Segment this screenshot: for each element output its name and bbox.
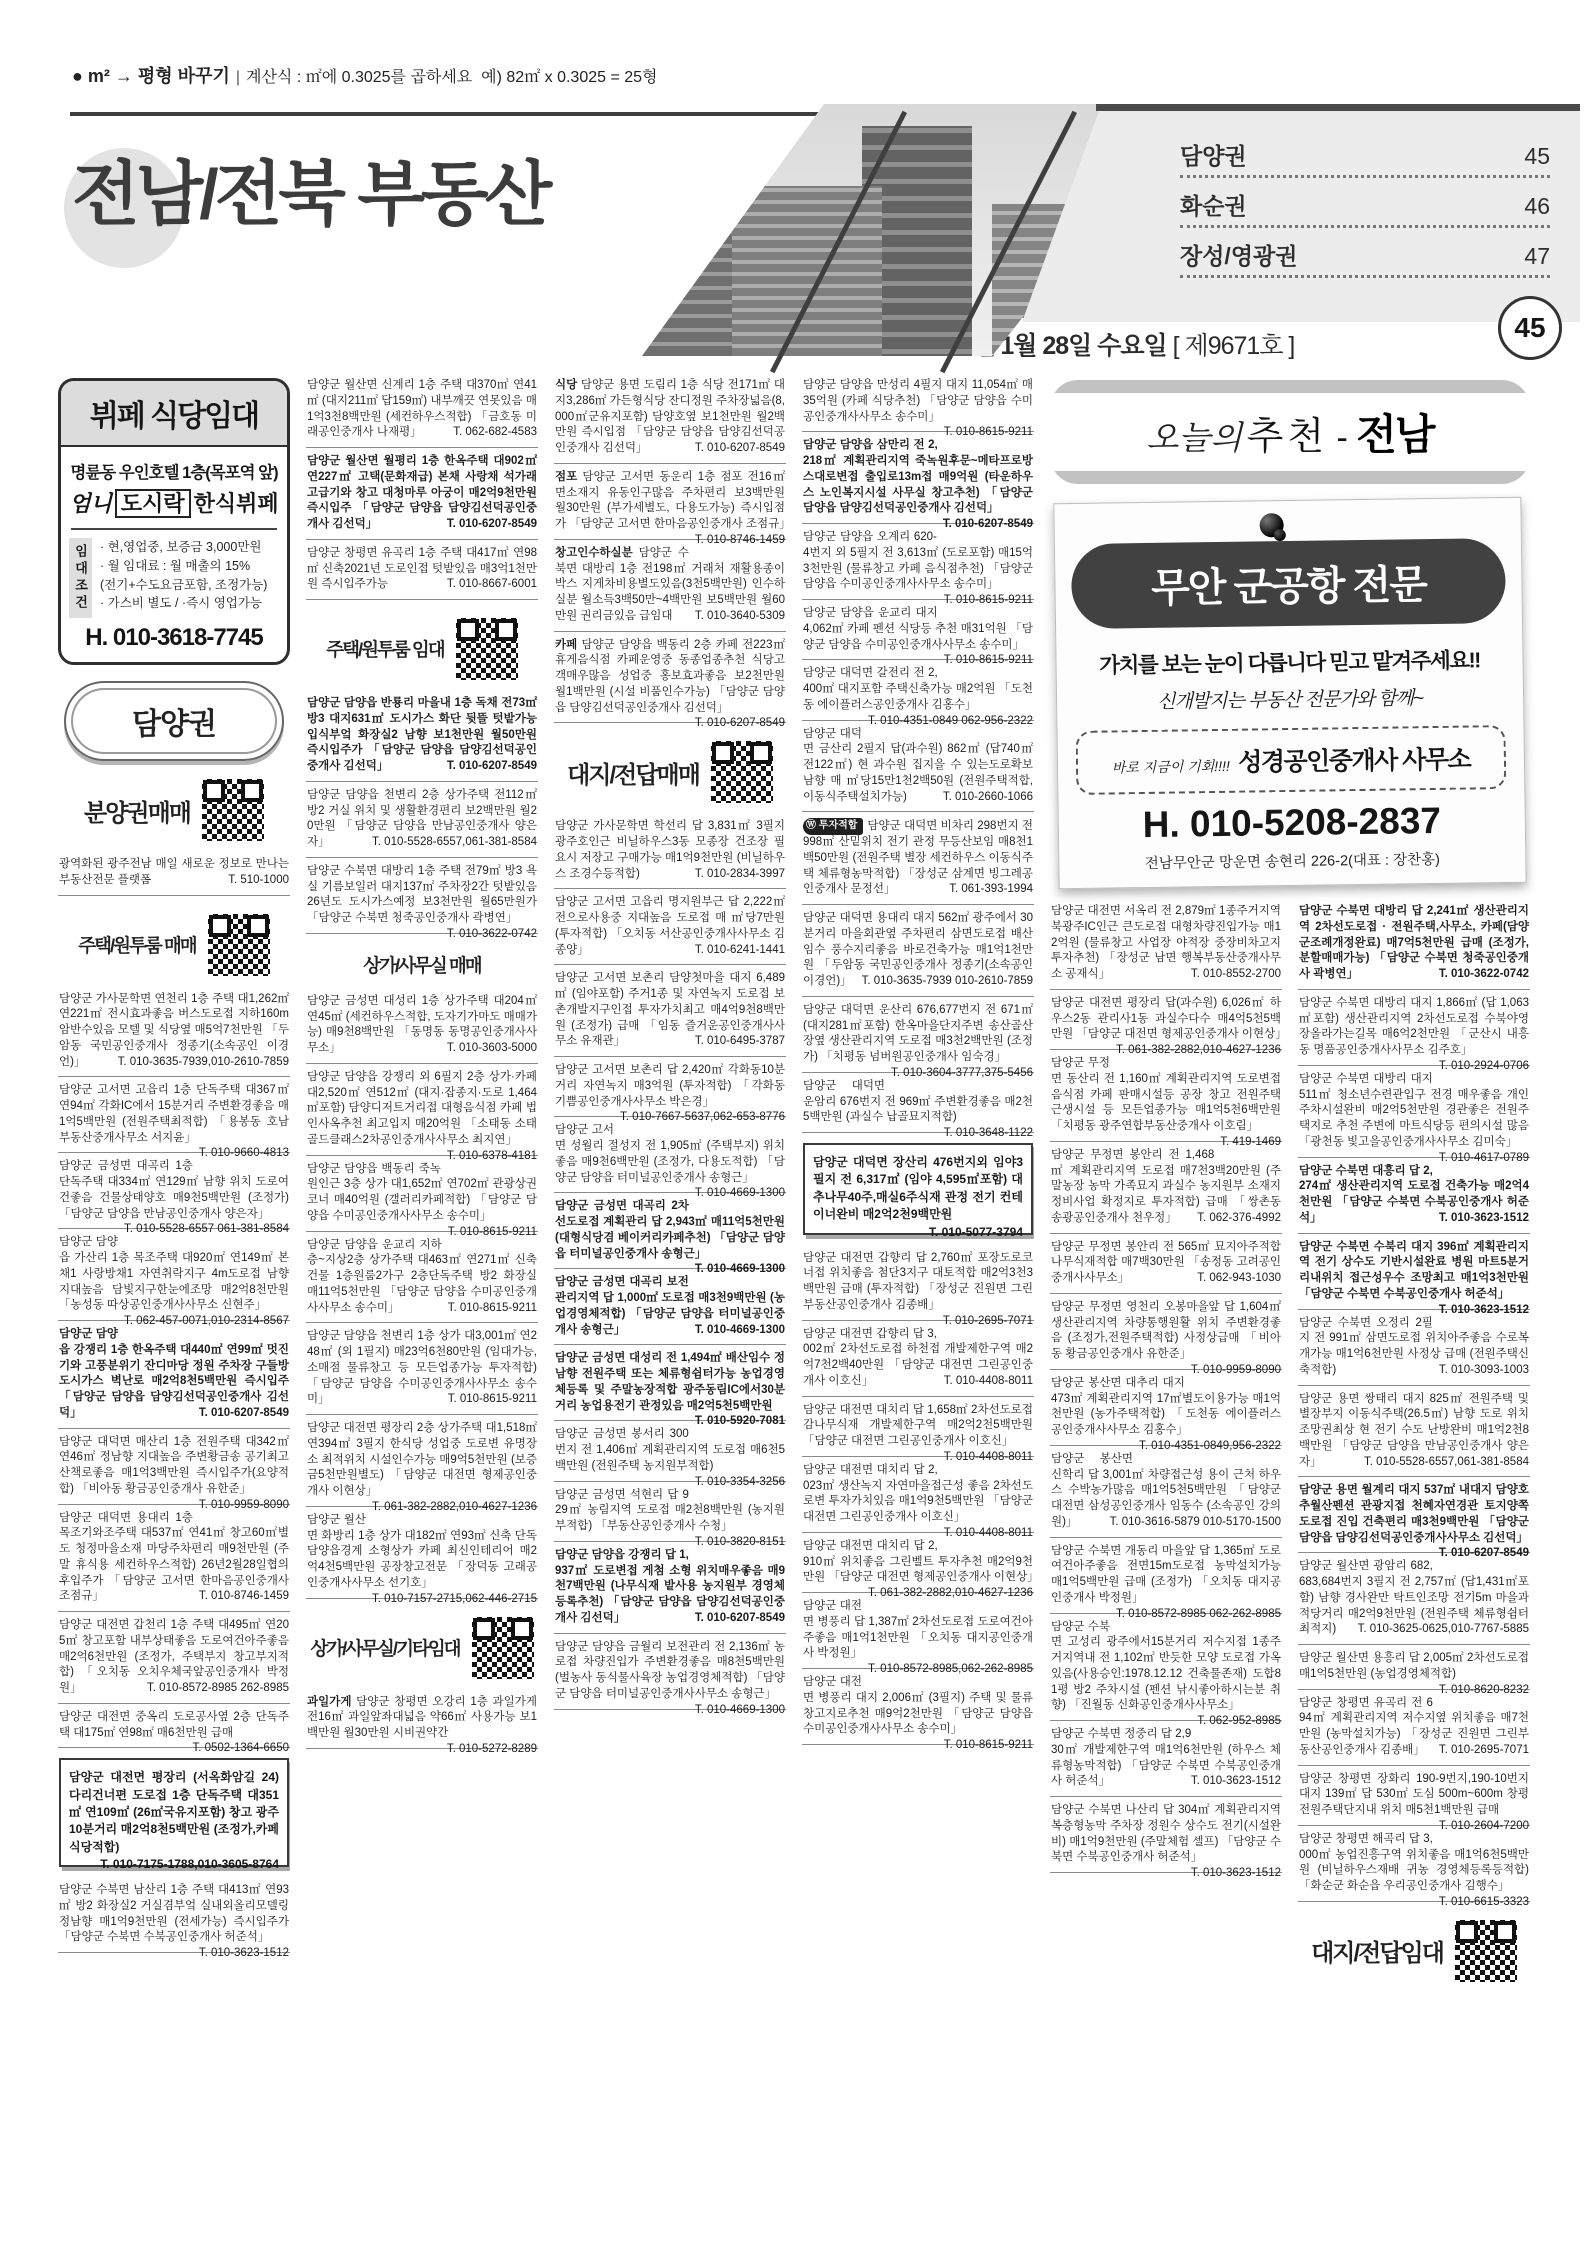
listing-text: 담양군 담양읍 강쟁리 1층 한옥주택 대440㎡ 연99㎡ 멋진기와 고풍분위… [59, 1328, 289, 1419]
lease-conditions-list: · 현,영업중, 보증금 3,000만원 · 월 임대료 : 월 매출의 15%… [100, 538, 267, 618]
listing[interactable]: 담양군 고서면 보촌리 담양첫마을 대지 6,489㎡ (임야포함) 주거1종 … [554, 965, 786, 1057]
listing-text: 담양군 담양읍 금월리 보전관리 전 2,136㎡ 농로접 차량진입가 주변환경… [555, 1641, 785, 1700]
listing-text: 담양군 담양읍 강쟁리 외 6필지 2층 상가·카페 대2,520㎡ 연512㎡… [307, 1071, 537, 1146]
listing[interactable]: 담양군 창평면 유곡리 1층 주택 대417㎡ 연98㎡ 신축2021년 도로인… [306, 540, 538, 600]
phone-number: T. 010-6207-8549 [441, 517, 537, 533]
listing[interactable]: 담양군 창평면 장화리 190-9번지,190-10번지 대지 139㎡ 답 5… [1298, 1766, 1530, 1826]
phone-number: T. 010-6207-8549 [937, 517, 1033, 533]
phone-number: T. 010-6615-3323 [1433, 1895, 1529, 1911]
listing[interactable]: 담양군 수북면 대흥리 답 2,274㎡ 생산관리지역 도로접 건축가능 매2억… [1298, 1158, 1530, 1234]
listing[interactable]: 담양군 수북면 개동리 마을앞 답 1,365㎡ 도로여건아주좋음 전면15m도… [1050, 1538, 1282, 1614]
phone-number: H. 010-3618-7745 [61, 622, 287, 662]
phone-number: T. 010-2695-7071 [937, 1314, 1033, 1330]
listing-text: 담양군 금성면 대곡리 1층 단독주택 대334㎡ 연129㎡ 남향 위치 도로… [59, 1160, 289, 1219]
phone-number: T. 010-3635-7939 010-2610-7859 [856, 974, 1033, 990]
listing-text: 담양군 담양읍 오계리 620-4번지 외 5필지 전 3,613㎡ (도로포함… [803, 531, 1033, 590]
listing[interactable]: 담양군 금성면 봉서리 300번지 전 1,406㎡ 계획관리지역 도로접 매6… [554, 1421, 786, 1481]
listing[interactable]: 담양군 담양읍 백동리 죽녹원인근 3층 상가 대1,652㎡ 연702㎡ 관광… [306, 1156, 538, 1232]
buffet-ad-title: 뷔페 식당임대 [61, 381, 287, 447]
ad-office-box: 바로 지금이 기회!!!! 성경공인중개사 사무소 [1076, 725, 1507, 795]
listing[interactable]: 담양군 담양읍 금월리 보전관리 전 2,136㎡ 농로접 차량진입가 주변환경… [554, 1634, 786, 1710]
listing[interactable]: 담양군 담양읍 강쟁리 외 6필지 2층 상가·카페 대2,520㎡ 연512㎡… [306, 1064, 538, 1156]
listing-text: 담양군 고서면 보촌리 답 2,420㎡ 각화동10분거리 자연녹지 매3억원 … [555, 1064, 785, 1108]
listing[interactable]: 담양군 담양읍 강쟁리 1층 한옥주택 대440㎡ 연99㎡ 멋진기와 고풍분위… [58, 1321, 290, 1429]
lease-conditions-label: 임대조건 [69, 538, 92, 618]
listing-text: 담양군 무정면 영천리 오봉마을앞 답 1,604㎡ 생산관리지역 차량통행원활… [1051, 1301, 1281, 1360]
listing-text: 담양군 금성면 대곡리 2차선도로접 계획관리 답 2,943㎡ 매11억5천만… [555, 1200, 785, 1259]
listing[interactable]: 담양군 무정면 동산리 전 1,160㎡ 계획관리지역 도로변접 음식점 카페 … [1050, 1050, 1282, 1142]
section-header-대지/전답매매: 대지/전답매매 [554, 741, 786, 803]
phone-number: T. 010-2604-7200 [1433, 1819, 1529, 1835]
listing[interactable]: 담양군 대덕면 갈전리 전 2,400㎡ 대지포함 주택신축가능 매2억원 「도… [802, 660, 1034, 720]
listing[interactable]: 담양군 고서면 보촌리 답 2,420㎡ 각화동10분거리 자연녹지 매3억원 … [554, 1057, 786, 1117]
listing[interactable]: 담양군 대덕면 용대리 1층 목조기와조주택 대537㎡ 연41㎡ 창고60㎡별… [58, 1505, 290, 1613]
listing-lead-word: 식당 [555, 379, 581, 391]
section-index: 담양권 45 화순권 46 장성/영광권 47 [1180, 128, 1550, 278]
listing[interactable]: 담양군 금성면 대성리 1층 상가주택 대204㎡ 연45㎡ (세컨하우스적합,… [306, 988, 538, 1064]
todays-recommend-ad[interactable]: 오늘의 추천 - 전남 무안 군공항 전문 가치를 보는 눈이 다릅니다 믿고 … [1050, 380, 1530, 886]
phone-number: T. 010-8746-1459 [193, 1589, 289, 1605]
listing[interactable]: 담양군 대전면 갑향리 답 3,002㎡ 2차선도로접 하천접 개발제한구역 매… [802, 1321, 1034, 1397]
phone-number: T. 010-3623-1512 [1433, 1211, 1529, 1227]
column-5: 담양군 대전면 서옥리 전 2,879㎡ 1종주거지역 북광주IC인근 큰도로접… [1050, 898, 1282, 1992]
listing[interactable]: 담양군 대전면 대치리 답 2,910㎡ 위치좋음 그린벨트 투자추천 매2억9… [802, 1533, 1034, 1593]
listing[interactable]: 담양군 대덕면 매산리 1층 전원주택 대342㎡ 연46㎡ 정남향 지대높음 … [58, 1429, 290, 1505]
listing[interactable]: 담양군 대전면 평장리 답(과수원) 6,026㎡ 하우스2동 관리사1동 과실… [1050, 990, 1282, 1050]
ad-subslogan: 신개발지는 부동산 전문가와 함께~ [1073, 682, 1507, 715]
phone-number: T. 010-9959-8090 [193, 1498, 289, 1514]
index-page: 47 [1524, 243, 1550, 270]
listing[interactable]: 담양군 금성면 석현리 답 929㎡ 농림지역 도로접 매2천8백만원 (농지원… [554, 1482, 786, 1542]
listing[interactable]: 담양군 수북면 나산리 답 304㎡ 계획관리지역 복층형농막 주차장 정원수 … [1050, 1797, 1282, 1873]
listing[interactable]: 담양군 용면 월계리 대지 537㎡ 내대지 담양호 추월산펜션 관광지접 천혜… [1298, 1477, 1530, 1553]
index-page: 45 [1524, 143, 1550, 170]
ad-headline: 무안 군공항 전문 [1071, 538, 1506, 629]
phone-number: T. 010-6207-8549 [1433, 1546, 1529, 1562]
listing[interactable]: 담양군 담양읍 운교리 대지 4,062㎡ 카페 펜션 식당등 추천 매31억원… [802, 600, 1034, 660]
phone-number: T. 010-8615-9211 [938, 593, 1033, 609]
index-label: 담양권 [1180, 138, 1247, 171]
phone-number: T. 010-6241-1441 [689, 943, 785, 959]
listing-text: 담양군 무정면 동산리 전 1,160㎡ 계획관리지역 도로변접 음식점 카페 … [1051, 1057, 1281, 1132]
phone-number: T. 061-382-2882,010-4627-1236 [366, 1500, 537, 1516]
listing[interactable]: 담양군 월산면 화방리 1층 상가 대182㎡ 연93㎡ 신축 단독 담양읍경계… [306, 1507, 538, 1599]
listing-text: 담양군 대덕면 운산리 676,677번지 전 671㎡ (대지281㎡포함) … [803, 1004, 1033, 1063]
boxed-listing[interactable]: 담양군 대덕면 장산리 476번지외 임야3필지 전 6,317㎡ (임야 4,… [803, 1143, 1033, 1235]
listing[interactable]: 담양군 가사문학면 연천리 1층 주택 대1,262㎡ 연221㎡ 전시효과좋음… [58, 986, 290, 1078]
listing[interactable]: 담양군 담양읍 오계리 620-4번지 외 5필지 전 3,613㎡ (도로포함… [802, 524, 1034, 600]
column-1: 뷔페 식당임대 명륜동 우인호텔 1층(목포역 앞) 엄니도시락한식뷔페 임대조… [58, 372, 290, 2262]
listing[interactable]: 담양군 대덕면 용대리 대지 562㎡ 광주에서 30분거리 마을회관옆 주차편… [802, 905, 1034, 997]
listing[interactable]: 담양군 담양읍 천변리 2층 상가주택 전112㎡ 방2 거실 위치 및 생활환… [306, 782, 538, 858]
phone-number: T. 010-3093-1003 [1433, 1363, 1529, 1379]
recommend-ribbon: 오늘의 추천 - 전남 [1050, 380, 1530, 484]
listing[interactable]: 담양군 고서면 고읍리 1층 단독주택 대367㎡ 연94㎡ 각화IC에서 15… [58, 1077, 290, 1153]
listing[interactable]: 담양군 대덕면 운산리 676,677번지 전 671㎡ (대지281㎡포함) … [802, 997, 1034, 1073]
phone-number: T. 010-6207-8549 [193, 1406, 289, 1422]
listing[interactable]: 창고인수하실분 담양군 수북면 대방리 1층 전198㎡ 거래처 재활용종이박스… [554, 540, 786, 632]
listing[interactable]: 담양군 고서면 고읍리 명지원부근 답 2,222㎡ 전으로사용중 지대높음 도… [554, 889, 786, 965]
phone-number: T. 010-5528-6557,061-381-8584 [366, 835, 537, 851]
phone-number: T. 010-3623-1512 [1185, 1774, 1281, 1790]
listing-text: 담양군 담양읍 만성리 4필지 대지 11,054㎡ 매35억원 (카페 식당추… [803, 379, 1033, 423]
listing-lead-word: 창고인수하실분 [555, 547, 639, 559]
listing[interactable]: 담양군 수북면 대방리 답 2,241㎡ 생산관리지역 2차선도로접 · 전원주… [1298, 898, 1530, 990]
listing-text: 담양군 담양읍 백동리 2층 카페 전223㎡ 휴게음식점 카페운영중 동종업종… [555, 639, 785, 714]
listing[interactable]: 담양군 대전면 병풍리 답 1,387㎡ 2차선도로접 도로여건아주좋음 매1억… [802, 1593, 1034, 1669]
section-header-상가/사무실/기타임대: 상가/사무실/기타임대 [306, 1617, 538, 1679]
listing-text: 담양군 수북면 나산리 답 304㎡ 계획관리지역 복층형농막 주차장 정원수 … [1051, 1804, 1281, 1863]
phone-number: T. 010-4669-1300 [689, 1186, 785, 1202]
listing-text: 담양군 대전면 평장리 (서옥화암길 24) 다리건너편 도로접 1층 단독주택… [69, 1770, 279, 1854]
phone-number: T. 010-5272-8289 [441, 1742, 537, 1758]
listing[interactable]: 담양군 대전면 병풍리 대지 2,006㎡ (3필지) 주택 및 물류창고지로추… [802, 1669, 1034, 1745]
listing-text: 담양군 담양읍 삼만리 전 2,218㎡ 계획관리지역 죽녹원후문~메타프로방스… [803, 439, 1033, 514]
phone-number: T. 010-3623-1512 [193, 1946, 289, 1962]
phone-number: T. 010-6207-8549 [689, 716, 785, 732]
listing-lead-word: 카페 [555, 639, 581, 651]
listing[interactable]: 담양군 대덕면 금산리 2필지 답(과수원) 862㎡ (답740㎡ 전122㎡… [802, 721, 1034, 813]
phone-number: T. 010-7667-5637,062-653-8776 [614, 1110, 785, 1126]
qr-code-icon [456, 618, 518, 680]
phone-number: H. 010-5208-2837 [1075, 799, 1510, 847]
phone-number: T. 010-2695-7071 [1433, 1743, 1529, 1759]
listing[interactable]: 담양군 담양읍 가산리 1층 목조주택 대920㎡ 연149㎡ 본채1 사랑방채… [58, 1229, 290, 1321]
listing[interactable]: 광역화된 광주전남 매일 새로운 정보로 만나는 부동산전문 플랫폼 T. 51… [58, 851, 290, 896]
phone-number: T. 010-4669-1300 [689, 1323, 785, 1339]
phone-number: T. 010-7175-1788,010-3605-8764 [94, 1856, 279, 1873]
right-section: 오늘의 추천 - 전남 무안 군공항 전문 가치를 보는 눈이 다릅니다 믿고 … [1050, 372, 1530, 2262]
listing[interactable]: 담양군 대덕면 운암리 676번지 전 969㎡ 주변환경좋음 매2천5백만원 … [802, 1073, 1034, 1133]
listing[interactable]: 담양군 대전면 대치리 답 1,658㎡ 2차선도로접 감나무식재 개발제한구역… [802, 1397, 1034, 1457]
index-row-damyang[interactable]: 담양권 45 [1180, 128, 1550, 178]
listing-text: 담양군 고서면 성월리 절성지 전 1,905㎡ (주택부지) 위치좋음 매9천… [555, 1124, 785, 1183]
phone-number: T. 010-8615-9211 [442, 1301, 537, 1317]
qr-code-icon [202, 779, 264, 841]
phone-number: T. 010-8667-6001 [441, 577, 537, 593]
phone-number: T. 010-5920-7081 [689, 1414, 785, 1430]
phone-number: T. 010-3354-3256 [689, 1475, 785, 1491]
listing[interactable]: 담양군 무정면 봉안리 전 565㎡ 묘지아주적합 나무식재적합 매7백30만원… [1050, 1234, 1282, 1294]
phone-number: T. 061-393-1994 [943, 882, 1033, 898]
listing[interactable]: 담양군 수북면 수북리 대지 396㎡ 계획관리지역 전기 상수도 기반시설완료… [1298, 1234, 1530, 1310]
phone-number: T. 010-8572-8985,062-262-8985 [862, 1662, 1033, 1678]
phone-number: T. 062-952-8985 [1191, 1714, 1281, 1730]
issue-number: [ 제9671호 ] [1173, 332, 1295, 360]
phone-number: T. 010-9660-4813 [193, 1146, 289, 1162]
phone-number: T. 010-3623-1512 [1433, 1303, 1529, 1319]
section-header-분양권매매: 분양권매매 [58, 779, 290, 841]
phone-number: T. 010-3623-1512 [1185, 1866, 1281, 1882]
listing-text: 담양군 금성면 석현리 답 929㎡ 농림지역 도로접 매2천8백만원 (농지원… [555, 1489, 785, 1533]
push-pin-icon [1260, 513, 1284, 537]
index-row-jangseong[interactable]: 장성/영광권 47 [1180, 228, 1550, 278]
listing-text: 담양군 월산면 화방리 1층 상가 대182㎡ 연93㎡ 신축 단독 담양읍경계… [307, 1514, 537, 1589]
phone-number: T. 510-1000 [222, 873, 289, 889]
listing[interactable]: 담양군 대전면 대치리 답 2,023㎡ 생산녹지 자연마을접근성 좋음 2차선… [802, 1457, 1034, 1533]
phone-number: T. 010-9959-8090 [1185, 1363, 1281, 1379]
listing[interactable]: 담양군 창평면 해곡리 답 3,000㎡ 농업진흥구역 위치좋음 매1억6천5백… [1298, 1826, 1530, 1902]
phone-number: T. 419-1469 [1214, 1135, 1281, 1151]
phone-number: T. 010-3603-5000 [441, 1041, 537, 1057]
index-top-bar [1096, 104, 1580, 111]
phone-number: T. 010-8572-8985 062-262-8985 [1110, 1607, 1281, 1623]
listing[interactable]: 식당 담양군 용면 도림리 1층 식당 전171㎡ 대지3,286㎡ 가든형식당… [554, 372, 786, 464]
phone-number: T. 062-682-4583 [447, 425, 537, 441]
index-label: 장성/영광권 [1180, 238, 1297, 271]
listing-text: 담양군 수북면 대방리 대지 511㎡ 청소년수련관입구 전경 매우좋음 개인주… [1299, 1073, 1529, 1148]
phone-number: T. 010-4408-8011 [938, 1374, 1033, 1390]
listing-text: 담양군 대전면 병풍리 대지 2,006㎡ (3필지) 주택 및 물류창고지로추… [803, 1676, 1033, 1735]
qr-code-icon [711, 741, 773, 803]
listing[interactable]: 담양군 봉산면 신학리 답 3,001㎡ 차량접근성 용이 근처 하우스 수박농… [1050, 1446, 1282, 1538]
phone-number: T. 010-2660-1066 [937, 790, 1033, 806]
qr-code-icon [472, 1617, 534, 1679]
listing-lead-word: 과일가게 [307, 1696, 356, 1708]
phone-number: T. 010-3622-0742 [1433, 967, 1529, 983]
column-4: 담양군 담양읍 만성리 4필지 대지 11,054㎡ 매35억원 (카페 식당추… [802, 372, 1034, 2262]
listing[interactable]: 과일가게 담양군 창평면 오강리 1층 과일가게 전16㎡ 과일앞좌대넓음 약6… [306, 1689, 538, 1749]
buffet-restaurant-ad[interactable]: 뷔페 식당임대 명륜동 우인호텔 1층(목포역 앞) 엄니도시락한식뷔페 임대조… [58, 378, 290, 665]
classifieds-grid: 뷔페 식당임대 명륜동 우인호텔 1층(목포역 앞) 엄니도시락한식뷔페 임대조… [58, 372, 1532, 2262]
phone-number: T. 010-5528-6557,061-381-8584 [1358, 1455, 1529, 1471]
phone-number: T. 010-8552-2700 [1185, 967, 1281, 983]
listing-text: 담양군 금성면 봉서리 300번지 전 1,406㎡ 계획관리지역 도로접 매6… [555, 1428, 785, 1472]
phone-number: T. 010-3604-3777,375-5456 [885, 1066, 1033, 1082]
listing-text: 담양군 대덕면 갈전리 전 2,400㎡ 대지포함 주택신축가능 매2억원 「도… [803, 667, 1033, 711]
listing-text: 담양군 대덕면 용대리 1층 목조기와조주택 대537㎡ 연41㎡ 창고60㎡별… [59, 1512, 289, 1603]
listing[interactable]: 담양군 수북면 남산리 1층 주택 대413㎡ 연93㎡ 방2 화장실2 거실겸… [58, 1877, 290, 1953]
ad-address: 전남무안군 망운면 송현리 226-2(대표 : 장찬홍) [1075, 847, 1509, 874]
qr-code-icon [208, 914, 270, 976]
listing[interactable]: 카페 담양군 담양읍 백동리 2층 카페 전223㎡ 휴게음식점 카페운영중 동… [554, 632, 786, 724]
listing[interactable]: 담양군 담양읍 강쟁리 답 1,937㎡ 도로변접 게첨 소형 위치매우좋음 매… [554, 1542, 786, 1634]
section-title: 주택/원투룸 임대 [326, 636, 443, 662]
listing-text: 담양군 수북면 대방리 1층 주택 전79㎡ 방3 욕실 기름보일러 대지137… [307, 865, 537, 924]
listing[interactable]: Ⓦ 투자적합담양군 대덕면 비차리 298번지 전 998㎡ 산밑위치 전기 관… [802, 812, 1034, 905]
listing-text: 담양군 수북면 개동리 마을앞 답 1,365㎡ 도로여건아주좋음 전면15m도… [1051, 1545, 1281, 1604]
listing[interactable]: 담양군 고서면 성월리 절성지 전 1,905㎡ (주택부지) 위치좋음 매9천… [554, 1117, 786, 1193]
section-header-주택/원투룸 매매: 주택/원투룸 매매 [58, 914, 290, 976]
invest-badge-icon: Ⓦ 투자적합 [803, 818, 863, 835]
phone-number: T. 010-8615-9211 [938, 425, 1033, 441]
phone-number: T. 010-2924-0706 [1433, 1059, 1529, 1075]
column-3: 식당 담양군 용면 도림리 1층 식당 전171㎡ 대지3,286㎡ 가든형식당… [554, 372, 786, 2262]
phone-number: T. 010-4351-0849 062-956-2322 [862, 714, 1033, 730]
phone-number: T. 0502-1364-6650 [186, 1741, 289, 1757]
phone-number: T. 010-7157-2715,062-446-2715 [366, 1592, 537, 1608]
listing-text: 담양군 대전면 대치리 답 1,658㎡ 2차선도로접 감나무식재 개발제한구역… [803, 1404, 1033, 1448]
listing-text: 담양군 대전면 평장리 답(과수원) 6,026㎡ 하우스2동 관리사1동 과실… [1051, 997, 1282, 1041]
listing-text: 담양군 수북면 남산리 1층 주택 대413㎡ 연93㎡ 방2 화장실2 거실겸… [59, 1884, 289, 1943]
listing[interactable]: 담양군 봉산면 대추리 대지 473㎡ 계획관리지역 17㎡별도이용가능 매1억… [1050, 1370, 1282, 1446]
listing-text: 담양군 봉산면 대추리 대지 473㎡ 계획관리지역 17㎡별도이용가능 매1억… [1051, 1377, 1281, 1436]
listing-text: 담양군 수북면 대방리 대지 1,866㎡ (답 1,063㎡포함) 생산관리지… [1299, 997, 1529, 1056]
phone-number: T. 010-4351-0849,956-2322 [1133, 1439, 1281, 1455]
phone-number: T. 010-8572-8985 262-8985 [141, 1681, 289, 1697]
phone-number: T. 010-8615-9211 [938, 653, 1033, 669]
listing[interactable]: 담양군 수북면 고성리 광주에서15분거리 저수지접 1종주거지역내 전 1,1… [1050, 1614, 1282, 1722]
listing-text: 담양군 대전면 대치리 답 2,910㎡ 위치좋음 그린벨트 투자추천 매2억9… [803, 1540, 1034, 1584]
section-title: 대지/전답매매 [567, 755, 699, 790]
column-6: 담양군 수북면 대방리 답 2,241㎡ 생산관리지역 2차선도로접 · 전원주… [1298, 898, 1530, 1992]
ad-office-name: 성경공인중개사 사무소 [1238, 745, 1470, 776]
section-header-상가/사무실 매매: 상가/사무실 매매 [306, 952, 538, 978]
phone-number: T. 062-376-4992 [1191, 1211, 1281, 1227]
phone-number: T. 010-8615-9211 [938, 1738, 1033, 1754]
listing[interactable]: 담양군 금성면 대곡리 2차선도로접 계획관리 답 2,943㎡ 매11억5천만… [554, 1193, 786, 1269]
listing[interactable]: 담양군 금성면 대곡리 1층 단독주택 대334㎡ 연129㎡ 남향 위치 도로… [58, 1153, 290, 1229]
page-number-badge: 45 [1498, 296, 1562, 360]
listing[interactable]: 담양군 대전면 갑향리 답 2,760㎡ 포장도로코너접 위치좋음 첨단3지구 … [802, 1245, 1034, 1321]
phone-number: T. 010-4669-1300 [689, 1262, 785, 1278]
listing-text: 담양군 담양읍 백동리 죽녹원인근 3층 상가 대1,652㎡ 연702㎡ 관광… [307, 1163, 537, 1222]
listing[interactable]: 담양군 담양읍 천변리 1층 상가 대3,001㎡ 연248㎡ (외 1필지) … [306, 1323, 538, 1415]
listing-text: 담양군 담양읍 가산리 1층 목조주택 대920㎡ 연149㎡ 본채1 사랑방채… [59, 1236, 289, 1311]
pinned-note-card: 무안 군공항 전문 가치를 보는 눈이 다릅니다 믿고 맡겨주세요!! 신개발지… [1053, 497, 1526, 889]
listing-text: 담양군 대덕면 장산리 476번지외 임야3필지 전 6,317㎡ (임야 4,… [813, 1155, 1023, 1221]
phone-number: T. 010-4669-1300 [689, 1703, 785, 1719]
listing[interactable]: 담양군 무정면 봉안리 전 1,468㎡ 계획관리지역 도로접 매7천3백20만… [1050, 1142, 1282, 1234]
listing-lead-word: 점포 [555, 471, 582, 483]
phone-number: T. 010-4617-0789 [1433, 1151, 1529, 1167]
qr-code-icon [1455, 1920, 1517, 1982]
phone-number: T. 010-5077-3794 [923, 1224, 1023, 1241]
listing-text: 담양군 대전면 평장리 2층 상가주택 대1,518㎡ 연394㎡ 3필지 한식… [307, 1422, 537, 1497]
listing[interactable]: 담양군 수북면 대방리 대지 1,866㎡ (답 1,063㎡포함) 생산관리지… [1298, 990, 1530, 1066]
unit-conversion-note: ● m² → 평형 바꾸기|계산식 : ㎡에 0.3025를 곱하세요 예) 8… [72, 62, 658, 88]
listing[interactable]: 담양군 월산면 신계리 1층 주택 대370㎡ 연41㎡ (대지211㎡ 답15… [306, 372, 538, 448]
section-title: 상가/사무실 매매 [363, 952, 480, 978]
listing-text: 담양군 창평면 해곡리 답 3,000㎡ 농업진흥구역 위치좋음 매1억6천5백… [1299, 1833, 1529, 1892]
listing-text: 담양군 대덕면 운암리 676번지 전 969㎡ 주변환경좋음 매2천5백만원 … [803, 1080, 1033, 1124]
region-badge-damyang[interactable]: 담양권 [64, 681, 284, 761]
listing[interactable]: 담양군 담양읍 삼만리 전 2,218㎡ 계획관리지역 죽녹원후문~메타프로방스… [802, 432, 1034, 524]
listing-text: 담양군 대덕면 매산리 1층 전원주택 대342㎡ 연46㎡ 정남향 지대높음 … [59, 1436, 289, 1495]
phone-number: T. 010-3616-5879 010-5170-1500 [1104, 1515, 1281, 1531]
section-header-대지/전답임대: 대지/전답임대 [1298, 1920, 1530, 1982]
phone-number: T. 010-6207-8549 [689, 1611, 785, 1627]
listing-text: 담양군 고서면 동운리 1층 점포 전16㎡ 면소재지 유동인구많음 주차편리 … [555, 471, 786, 530]
listing-text: 담양군 담양읍 운교리 대지 4,062㎡ 카페 펜션 식당등 추천 매31억원… [803, 607, 1033, 651]
listing[interactable]: 담양군 수북면 대방리 1층 주택 전79㎡ 방3 욕실 기름보일러 대지137… [306, 858, 538, 934]
listing[interactable]: 담양군 대전면 평장리 2층 상가주택 대1,518㎡ 연394㎡ 3필지 한식… [306, 1415, 538, 1507]
phone-number: T. 061-382-2882,010-4627-1236 [1110, 1043, 1281, 1059]
phone-number: T. 010-6207-8549 [441, 759, 537, 775]
header-rule [70, 112, 908, 116]
listing-text: 담양군 수북면 수북리 대지 396㎡ 계획관리지역 전기 상수도 기반시설완료… [1299, 1241, 1529, 1300]
listing[interactable]: 담양군 월산면 월평리 1층 한옥주택 대902㎡ 연227㎡ 고택(문화재급)… [306, 448, 538, 540]
section-title: 상가/사무실/기타임대 [310, 1635, 459, 1661]
listing[interactable]: 담양군 창평면 유곡리 전 694㎡ 계획관리지역 저수지옆 위치좋음 매7천만… [1298, 1690, 1530, 1766]
listing[interactable]: 담양군 수북면 오정리 2필지 전 991㎡ 삼면도로접 위치아주좋음 수로복개… [1298, 1310, 1530, 1386]
phone-number: T. 062-943-1030 [1191, 1271, 1281, 1287]
listing[interactable]: 담양군 월산면 광암리 682,683,684번지 3필지 전 2,757㎡ (… [1298, 1553, 1530, 1645]
ad-chance-text: 바로 지금이 기회!!!! [1112, 758, 1230, 776]
listing[interactable]: 담양군 수북면 대방리 대지 511㎡ 청소년수련관입구 전경 매우좋음 개인주… [1298, 1066, 1530, 1158]
listing[interactable]: 담양군 가사문학면 학선리 답 3,831㎡ 3필지 광주호인근 비닐하우스3동… [554, 813, 786, 889]
index-row-hwasun[interactable]: 화순권 46 [1180, 178, 1550, 228]
section-header-주택/원투룸 임대: 주택/원투룸 임대 [306, 618, 538, 680]
buffet-ad-brand: 엄니도시락한식뷔페 [61, 487, 287, 518]
index-label: 화순권 [1180, 188, 1247, 221]
listing[interactable]: 담양군 대전면 중옥리 도로공사옆 2층 단독주택 대175㎡ 연98㎡ 매6천… [58, 1704, 290, 1749]
lease-conditions: 임대조건 · 현,영업중, 보증금 3,000만원 · 월 임대료 : 월 매출… [61, 530, 287, 622]
listing[interactable]: 담양군 담양읍 반룡리 마을내 1층 독채 전73㎡ 방3 대지631㎡ 도시가… [306, 690, 538, 782]
phone-number: T. 061-382-2882,010-4627-1236 [862, 1586, 1033, 1602]
phone-number: T. 010-3648-1122 [938, 1126, 1033, 1142]
section-title: 분양권매매 [84, 793, 190, 828]
listing-text: 담양군 월산면 용흥리 답 2,005㎡ 2차선도로접 매1억5천만원 (농업경… [1299, 1652, 1529, 1680]
listing[interactable]: 담양군 수북면 정중리 답 2,930㎡ 개발제한구역 매1억6천만원 (하우스… [1050, 1721, 1282, 1797]
listing[interactable]: 담양군 월산면 용흥리 답 2,005㎡ 2차선도로접 매1억5천만원 (농업경… [1298, 1645, 1530, 1690]
listing-text: 담양군 대전면 갑향리 답 2,760㎡ 포장도로코너접 위치좋음 첨단3지구 … [803, 1252, 1033, 1311]
phone-number: T. 010-4408-8011 [938, 1526, 1033, 1542]
listing-text: 담양군 고서면 고읍리 1층 단독주택 대367㎡ 연94㎡ 각화IC에서 15… [59, 1084, 289, 1143]
ad-slogan: 가치를 보는 눈이 다릅니다 믿고 맡겨주세요!! [1072, 643, 1506, 680]
phone-number: T. 010-6207-8549 [689, 441, 785, 457]
listing[interactable]: 담양군 용면 쌍태리 대지 825㎡ 전원주택 및 별장부지 이동식주택(26.… [1298, 1386, 1530, 1478]
column-2: 담양군 월산면 신계리 1층 주택 대370㎡ 연41㎡ (대지211㎡ 답15… [306, 372, 538, 2262]
listing-text: 담양군 대전면 중옥리 도로공사옆 2층 단독주택 대175㎡ 연98㎡ 매6천… [59, 1711, 289, 1739]
phone-number: T. 010-3625-0625,010-7767-5885 [1352, 1622, 1529, 1638]
listing[interactable]: 담양군 무정면 영천리 오봉마을앞 답 1,604㎡ 생산관리지역 차량통행원활… [1050, 1294, 1282, 1370]
listing[interactable]: 담양군 금성면 대곡리 보전관리지역 답 1,000㎡ 도로접 매3천9백만원 … [554, 1269, 786, 1345]
listing[interactable]: 담양군 담양읍 만성리 4필지 대지 11,054㎡ 매35억원 (카페 식당추… [802, 372, 1034, 432]
listing[interactable]: 점포 담양군 고서면 동운리 1층 점포 전16㎡ 면소재지 유동인구많음 주차… [554, 464, 786, 540]
boxed-listing[interactable]: 담양군 대전면 평장리 (서옥화암길 24) 다리건너편 도로접 1층 단독주택… [59, 1758, 289, 1867]
index-page: 46 [1524, 193, 1550, 220]
section-title: 주택/원투룸 매매 [78, 932, 195, 958]
phone-number: T. 010-8620-8232 [1433, 1683, 1529, 1699]
listing-text: 담양군 대전면 병풍리 답 1,387㎡ 2차선도로접 도로여건아주좋음 매1억… [803, 1600, 1033, 1659]
phone-number: T. 062-457-0071,010-2314-8567 [118, 1314, 289, 1330]
listing[interactable]: 담양군 대전면 갑천리 1층 주택 대495㎡ 연205㎡ 창고포함 내부상태좋… [58, 1612, 290, 1704]
listing-text: 담양군 용면 월계리 대지 537㎡ 내대지 담양호 추월산펜션 관광지접 천혜… [1299, 1484, 1529, 1543]
page-title: 전남/전북 부동산 [72, 138, 548, 239]
phone-number: T. 010-6495-3787 [689, 1034, 785, 1050]
phone-number: T. 010-5528-6557 061-381-8584 [118, 1222, 289, 1238]
section-title: 대지/전답임대 [1311, 1933, 1443, 1968]
listing-text: 담양군 창평면 장화리 190-9번지,190-10번지 대지 139㎡ 답 5… [1299, 1773, 1529, 1817]
listing-text: 담양군 대전면 대치리 답 2,023㎡ 생산녹지 자연마을접근성 좋음 2차선… [803, 1464, 1033, 1523]
listing[interactable]: 담양군 금성면 대성리 전 1,494㎡ 배산임수 정남향 전원주택 또는 체류… [554, 1345, 786, 1421]
listing-text: 담양군 수북면 고성리 광주에서15분거리 저수지접 1종주거지역내 전 1,1… [1051, 1621, 1281, 1712]
listing[interactable]: 담양군 대전면 서옥리 전 2,879㎡ 1종주거지역 북광주IC인근 큰도로접… [1050, 898, 1282, 990]
phone-number: T. 010-3640-5309 [689, 609, 785, 625]
buffet-ad-location: 명륜동 우인호텔 1층(목포역 앞) [65, 459, 283, 483]
phone-number: T. 010-8615-9211 [442, 1392, 537, 1408]
listing-text: 담양군 금성면 대성리 전 1,494㎡ 배산임수 정남향 전원주택 또는 체류… [555, 1352, 785, 1411]
listing[interactable]: 담양군 담양읍 운교리 지하층~지상2층 상가주택 대463㎡ 연271㎡ 신축… [306, 1232, 538, 1324]
phone-number: T. 010-6378-4181 [441, 1149, 537, 1165]
phone-number: T. 010-3622-0742 [441, 927, 537, 943]
phone-number: T. 010-3635-7939,010-2610-7859 [112, 1055, 289, 1071]
phone-number: T. 010-8615-9211 [442, 1225, 537, 1241]
phone-number: T. 010-8746-1459 [689, 533, 785, 549]
phone-number: T. 010-3820-8151 [689, 1535, 785, 1551]
phone-number: T. 010-2834-3997 [689, 867, 785, 883]
phone-number: T. 010-4408-8011 [938, 1450, 1033, 1466]
